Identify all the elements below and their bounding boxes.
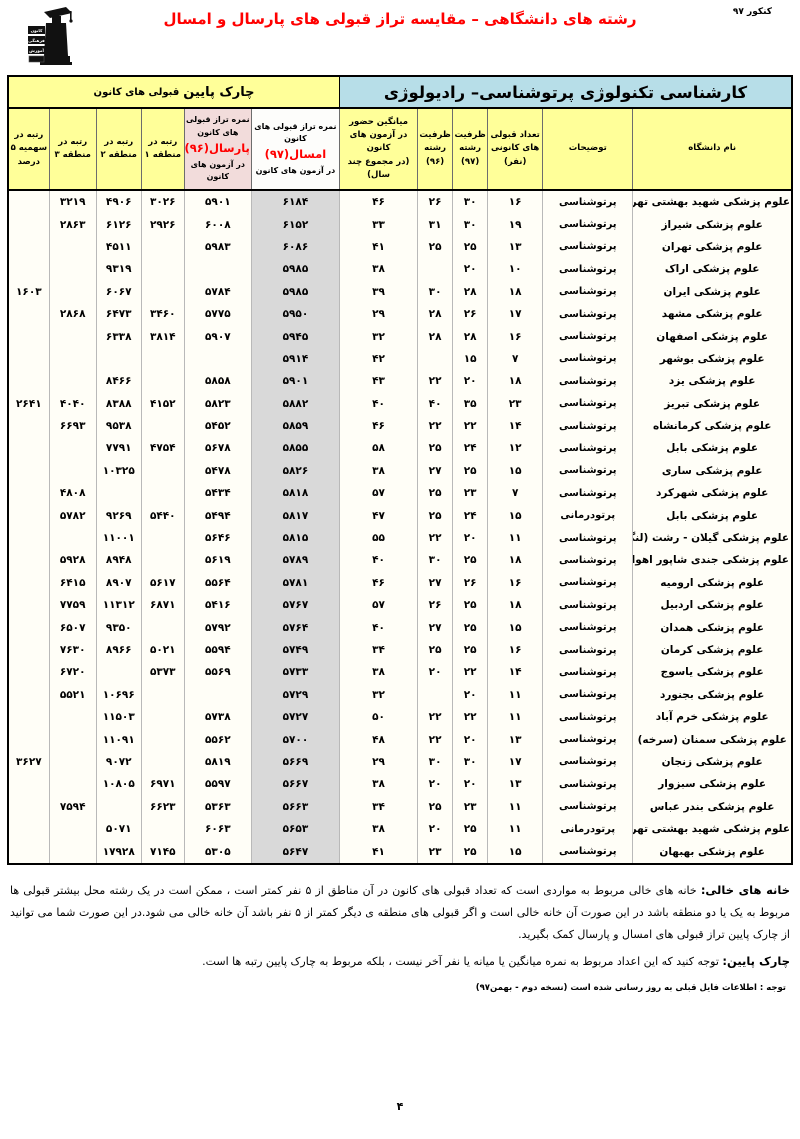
score-last-year-96: ۵۳۰۵ (184, 840, 251, 862)
note: پرتوشناسی (543, 258, 633, 280)
rank-quota-5percent (9, 549, 49, 571)
table-row: علوم پزشکی شهید بهشتی تهرانپرتوشناسی۱۶۳۰… (9, 190, 791, 213)
rank-quota-5percent (9, 706, 49, 728)
rank-region-3 (49, 258, 96, 280)
col-header-university-name: نام دانشگاه (633, 109, 791, 190)
rank-region-3: ۴۸۰۸ (49, 482, 96, 504)
note: پرتوشناسی (543, 572, 633, 594)
score-last-year-96: ۵۴۱۶ (184, 594, 251, 616)
score-this-year-97: ۵۷۶۴ (251, 616, 339, 638)
lower-quartile-title: چارک پایین قبولی های کانون (9, 77, 339, 107)
capacity-96: ۲۷ (418, 616, 453, 638)
rank-quota-5percent (9, 213, 49, 235)
page-header: کنکور ۹۷ رشته های دانشگاهی – مقایسه تراز… (0, 0, 800, 75)
capacity-97: ۲۲ (453, 706, 488, 728)
score-last-year-96: ۵۴۹۴ (184, 504, 251, 526)
capacity-96: ۲۰ (418, 661, 453, 683)
logo-word-farhangi: فرهنگی (28, 38, 45, 43)
rank-region-2: ۴۵۱۱ (96, 236, 141, 258)
kanoon-admits-count: ۱۵ (488, 616, 543, 638)
table-row: علوم پزشکی یاسوجپرتوشناسی۱۴۲۲۲۰۳۸۵۷۳۳۵۵۶… (9, 661, 791, 683)
avg-exam-attendance: ۳۸ (339, 258, 417, 280)
note: پرتوشناسی (543, 639, 633, 661)
table-row: علوم پزشکی شهرکردپرتوشناسی۷۲۳۲۵۵۷۵۸۱۸۵۴۳… (9, 482, 791, 504)
note: پرتوشناسی (543, 460, 633, 482)
score-last-year-96: ۵۹۰۱ (184, 190, 251, 213)
rank-region-2: ۱۰۳۲۵ (96, 460, 141, 482)
capacity-96 (418, 348, 453, 370)
table-row: علوم پزشکی شیرازپرتوشناسی۱۹۳۰۳۱۳۳۶۱۵۲۶۰۰… (9, 213, 791, 235)
score-last-year-96: ۵۵۹۴ (184, 639, 251, 661)
table-row: علوم پزشکی بهبهانپرتوشناسی۱۵۲۵۲۳۴۱۵۶۴۷۵۳… (9, 840, 791, 862)
lower-quartile-title-sub: قبولی های کانون (94, 87, 180, 98)
note: پرتوشناسی (543, 527, 633, 549)
note: پرتوشناسی (543, 303, 633, 325)
rank-region-2: ۶۳۳۸ (96, 325, 141, 347)
score-last-year-96: ۵۳۶۳ (184, 796, 251, 818)
capacity-96: ۳۱ (418, 213, 453, 235)
capacity-96: ۲۵ (418, 236, 453, 258)
capacity-97: ۲۳ (453, 796, 488, 818)
capacity-97: ۲۶ (453, 572, 488, 594)
university-name: علوم پزشکی مشهد (633, 303, 791, 325)
capacity-97: ۲۵ (453, 616, 488, 638)
rank-region-3: ۶۵۰۷ (49, 616, 96, 638)
score-this-year-97: ۵۹۸۵ (251, 258, 339, 280)
rank-quota-5percent (9, 348, 49, 370)
kanoon-admits-count: ۱۳ (488, 773, 543, 795)
table-row: علوم پزشکی اردبیلپرتوشناسی۱۸۲۵۲۶۵۷۵۷۶۷۵۴… (9, 594, 791, 616)
col-header-rank-quota-5: رتبه در سهمیه ۵ درصد (9, 109, 49, 190)
col-header-capacity-97: ظرفیت رشته (۹۷) (453, 109, 488, 190)
university-name: علوم پزشکی خرم آباد (633, 706, 791, 728)
score-last-year-96 (184, 684, 251, 706)
table-row: علوم پزشکی ایرانپرتوشناسی۱۸۲۸۳۰۳۹۵۹۸۵۵۷۸… (9, 281, 791, 303)
note: پرتوشناسی (543, 348, 633, 370)
rank-quota-5percent: ۳۶۲۷ (9, 751, 49, 773)
avg-exam-attendance: ۴۰ (339, 616, 417, 638)
capacity-97: ۳۰ (453, 190, 488, 213)
score-last-year-96: ۵۶۱۹ (184, 549, 251, 571)
score-this-year-97: ۵۹۱۴ (251, 348, 339, 370)
score-this-year-97: ۵۷۶۷ (251, 594, 339, 616)
rank-region-3: ۶۶۹۳ (49, 415, 96, 437)
kanoon-admits-count: ۱۱ (488, 684, 543, 706)
kanoon-admits-count: ۱۳ (488, 728, 543, 750)
note: پرتوشناسی (543, 840, 633, 862)
rank-region-3 (49, 728, 96, 750)
logo-word-amoozesh: آموزش (29, 48, 44, 53)
rank-quota-5percent (9, 728, 49, 750)
score-this-year-97: ۶۰۸۶ (251, 236, 339, 258)
note: پرتوشناسی (543, 796, 633, 818)
note: پرتودرمانی (543, 504, 633, 526)
col-header-rank-region-1: رتبه در منطقه ۱ (141, 109, 184, 190)
rank-region-1: ۵۴۴۰ (141, 504, 184, 526)
avg-exam-attendance: ۴۰ (339, 393, 417, 415)
kanoon-admits-count: ۱۵ (488, 460, 543, 482)
score-last-year-96: ۵۵۹۷ (184, 773, 251, 795)
rank-quota-5percent: ۲۶۴۱ (9, 393, 49, 415)
table-row: علوم پزشکی یزدپرتوشناسی۱۸۲۰۲۲۴۳۵۹۰۱۵۸۵۸۸… (9, 370, 791, 392)
rank-region-1: ۵۶۱۷ (141, 572, 184, 594)
rank-region-1 (141, 751, 184, 773)
rank-region-3 (49, 370, 96, 392)
avg-exam-attendance: ۴۱ (339, 236, 417, 258)
score-this-year-97: ۵۸۱۵ (251, 527, 339, 549)
capacity-96: ۲۵ (418, 639, 453, 661)
note: پرتوشناسی (543, 684, 633, 706)
rank-region-3 (49, 236, 96, 258)
score-this-year-97: ۵۷۲۷ (251, 706, 339, 728)
score-this-year-97: ۵۹۵۰ (251, 303, 339, 325)
capacity-96: ۲۶ (418, 190, 453, 213)
rank-region-3: ۲۸۶۳ (49, 213, 96, 235)
table-row: علوم پزشکی تهرانپرتوشناسی۱۳۲۵۲۵۴۱۶۰۸۶۵۹۸… (9, 236, 791, 258)
col-header-capacity-96: ظرفیت رشته (۹۶) (418, 109, 453, 190)
capacity-97: ۳۰ (453, 751, 488, 773)
rank-quota-5percent (9, 190, 49, 213)
table-row: علوم پزشکی ارومیهپرتوشناسی۱۶۲۶۲۷۴۶۵۷۸۱۵۵… (9, 572, 791, 594)
table-row: علوم پزشکی گیلان - رشت (لنگرود)پرتوشناسی… (9, 527, 791, 549)
results-table-header: نام دانشگاه توضیحات تعداد قبولی های کانو… (9, 109, 791, 190)
kanoon-admits-count: ۱۶ (488, 190, 543, 213)
capacity-96: ۲۷ (418, 460, 453, 482)
score-this-year-97: ۵۷۰۰ (251, 728, 339, 750)
university-name: علوم پزشکی کرمان (633, 639, 791, 661)
rank-region-2: ۸۹۰۷ (96, 572, 141, 594)
rank-region-1: ۵۰۲۱ (141, 639, 184, 661)
avg-exam-attendance: ۳۸ (339, 773, 417, 795)
rank-region-2: ۷۷۹۱ (96, 437, 141, 459)
rank-region-2: ۹۳۱۹ (96, 258, 141, 280)
rank-quota-5percent (9, 258, 49, 280)
note: پرتوشناسی (543, 728, 633, 750)
capacity-97: ۲۵ (453, 594, 488, 616)
capacity-97: ۲۰ (453, 773, 488, 795)
col-header-score-last-year: نمره تراز قبولی های کانون پارسال(۹۶) در … (184, 109, 251, 190)
score-this-year-97: ۶۱۵۲ (251, 213, 339, 235)
university-name: علوم پزشکی شهید بهشتی تهران (633, 818, 791, 840)
rank-region-1: ۴۱۵۲ (141, 393, 184, 415)
capacity-96: ۲۲ (418, 527, 453, 549)
kanoon-admits-count: ۱۱ (488, 527, 543, 549)
rank-region-2 (96, 661, 141, 683)
table-row: علوم پزشکی سمنان (سرخه)پرتوشناسی۱۳۲۰۲۲۴۸… (9, 728, 791, 750)
avg-exam-attendance: ۵۸ (339, 437, 417, 459)
major-title: کارشناسی تکنولوژی پرتوشناسی– رادیولوژی (339, 77, 791, 107)
rank-region-3: ۳۲۱۹ (49, 190, 96, 213)
rank-region-2: ۱۰۶۹۶ (96, 684, 141, 706)
score-last-year-96 (184, 348, 251, 370)
avg-exam-attendance: ۴۱ (339, 840, 417, 862)
rank-region-3 (49, 773, 96, 795)
rank-region-1 (141, 370, 184, 392)
capacity-96 (418, 684, 453, 706)
score-this-year-97: ۵۷۸۹ (251, 549, 339, 571)
rank-quota-5percent (9, 796, 49, 818)
kanoon-admits-count: ۱۵ (488, 840, 543, 862)
footnote-lower-quartile: چارک پایین: توجه کنید که این اعداد مربوط… (10, 950, 790, 973)
capacity-97: ۲۰ (453, 684, 488, 706)
university-name: علوم پزشکی سمنان (سرخه) (633, 728, 791, 750)
rank-region-2: ۱۷۹۲۸ (96, 840, 141, 862)
rank-region-3 (49, 460, 96, 482)
table-row: علوم پزشکی بابلپرتوشناسی۱۲۲۴۲۵۵۸۵۸۵۵۵۶۷۸… (9, 437, 791, 459)
capacity-96: ۲۲ (418, 706, 453, 728)
table-row: علوم پزشکی بابلپرتودرمانی۱۵۲۴۲۵۴۷۵۸۱۷۵۴۹… (9, 504, 791, 526)
score-this-year-97: ۶۱۸۴ (251, 190, 339, 213)
score-last-year-96: ۵۴۵۲ (184, 415, 251, 437)
rank-region-1: ۴۷۵۴ (141, 437, 184, 459)
rank-region-1: ۶۹۷۱ (141, 773, 184, 795)
avg-exam-attendance: ۴۰ (339, 549, 417, 571)
table-row: علوم پزشکی اصفهانپرتوشناسی۱۶۲۸۲۸۳۲۵۹۴۵۵۹… (9, 325, 791, 347)
rank-region-1 (141, 415, 184, 437)
rank-quota-5percent (9, 527, 49, 549)
capacity-97: ۲۸ (453, 325, 488, 347)
capacity-96: ۲۷ (418, 572, 453, 594)
capacity-97: ۲۴ (453, 437, 488, 459)
rank-quota-5percent (9, 840, 49, 862)
rank-quota-5percent (9, 303, 49, 325)
score-this-year-97: ۵۸۱۸ (251, 482, 339, 504)
note: پرتوشناسی (543, 751, 633, 773)
score-last-year-96: ۵۸۱۹ (184, 751, 251, 773)
col-header-avg-attendance: میانگین حضور در آزمون های کانون (در مجمو… (339, 109, 417, 190)
rank-region-3 (49, 281, 96, 303)
rank-region-3: ۶۷۲۰ (49, 661, 96, 683)
kanoon-admits-count: ۱۱ (488, 818, 543, 840)
university-name: علوم پزشکی گیلان - رشت (لنگرود) (633, 527, 791, 549)
capacity-97: ۲۵ (453, 236, 488, 258)
rank-region-1 (141, 728, 184, 750)
kanoon-admits-count: ۱۸ (488, 549, 543, 571)
score-this-year-97: ۵۹۴۵ (251, 325, 339, 347)
avg-exam-attendance: ۲۹ (339, 751, 417, 773)
note: پرتوشناسی (543, 190, 633, 213)
rank-region-3: ۷۶۳۰ (49, 639, 96, 661)
rank-region-1 (141, 706, 184, 728)
avg-exam-attendance: ۴۲ (339, 348, 417, 370)
rank-region-1: ۳۴۶۰ (141, 303, 184, 325)
capacity-97: ۲۲ (453, 415, 488, 437)
note: پرتوشناسی (543, 236, 633, 258)
score-last-year-96: ۵۶۷۸ (184, 437, 251, 459)
score-last-year-96: ۶۰۰۸ (184, 213, 251, 235)
capacity-97: ۲۸ (453, 281, 488, 303)
rank-region-2 (96, 796, 141, 818)
rank-region-3 (49, 818, 96, 840)
avg-exam-attendance: ۵۷ (339, 482, 417, 504)
rank-region-2: ۹۵۳۸ (96, 415, 141, 437)
rank-region-1 (141, 460, 184, 482)
capacity-97: ۲۴ (453, 504, 488, 526)
capacity-96: ۲۵ (418, 796, 453, 818)
university-name: علوم پزشکی اصفهان (633, 325, 791, 347)
rank-region-3 (49, 527, 96, 549)
rank-region-2: ۱۰۸۰۵ (96, 773, 141, 795)
col-header-note: توضیحات (543, 109, 633, 190)
kanoon-admits-count: ۱۱ (488, 706, 543, 728)
capacity-96: ۲۵ (418, 504, 453, 526)
table-row: علوم پزشکی اراکپرتوشناسی۱۰۲۰۳۸۵۹۸۵۹۳۱۹ (9, 258, 791, 280)
kanoon-admits-count: ۱۷ (488, 751, 543, 773)
rank-region-1: ۲۹۲۶ (141, 213, 184, 235)
table-row: علوم پزشکی کرمانشاهپرتوشناسی۱۴۲۲۲۲۴۶۵۸۵۹… (9, 415, 791, 437)
rank-region-1 (141, 236, 184, 258)
capacity-96: ۲۲ (418, 370, 453, 392)
university-name: علوم پزشکی بجنورد (633, 684, 791, 706)
rank-region-3: ۴۰۴۰ (49, 393, 96, 415)
kanoon-admits-count: ۱۹ (488, 213, 543, 235)
rank-region-1: ۵۳۷۳ (141, 661, 184, 683)
capacity-97: ۲۵ (453, 460, 488, 482)
rank-region-3: ۲۸۶۸ (49, 303, 96, 325)
university-name: علوم پزشکی شهرکرد (633, 482, 791, 504)
rank-region-1: ۶۸۷۱ (141, 594, 184, 616)
avg-exam-attendance: ۳۴ (339, 796, 417, 818)
capacity-96: ۴۰ (418, 393, 453, 415)
score-last-year-96: ۵۹۸۳ (184, 236, 251, 258)
rank-region-2: ۸۹۶۶ (96, 639, 141, 661)
rank-region-1 (141, 482, 184, 504)
kanoon-admits-count: ۱۶ (488, 639, 543, 661)
col-header-kanoon-admits: تعداد قبولی های کانونی (نفر) (488, 109, 543, 190)
capacity-96: ۲۵ (418, 482, 453, 504)
rank-region-1 (141, 616, 184, 638)
rank-region-2: ۱۱۵۰۳ (96, 706, 141, 728)
rank-region-2: ۱۱۳۱۲ (96, 594, 141, 616)
score-this-year-97: ۵۶۵۳ (251, 818, 339, 840)
avg-exam-attendance: ۴۶ (339, 190, 417, 213)
rank-region-1 (141, 258, 184, 280)
rank-quota-5percent (9, 370, 49, 392)
this-year-97-label: امسال(۹۷) (253, 146, 338, 164)
kanoon-admits-count: ۱۱ (488, 796, 543, 818)
note: پرتودرمانی (543, 818, 633, 840)
score-this-year-97: ۵۸۵۵ (251, 437, 339, 459)
score-last-year-96: ۶۰۶۳ (184, 818, 251, 840)
university-name: علوم پزشکی اراک (633, 258, 791, 280)
capacity-97: ۲۵ (453, 549, 488, 571)
kanoon-admits-count: ۱۳ (488, 236, 543, 258)
university-name: علوم پزشکی بابل (633, 437, 791, 459)
rank-region-3 (49, 437, 96, 459)
kanoon-logo: کانون فرهنگی آموزش (26, 4, 82, 66)
capacity-97: ۲۰ (453, 728, 488, 750)
university-name: علوم پزشکی بندر عباس (633, 796, 791, 818)
rank-region-2: ۴۹۰۶ (96, 190, 141, 213)
section-title-band: کارشناسی تکنولوژی پرتوشناسی– رادیولوژی چ… (9, 77, 791, 109)
avg-exam-attendance: ۴۶ (339, 415, 417, 437)
capacity-97: ۲۵ (453, 840, 488, 862)
kanoon-admits-count: ۱۶ (488, 572, 543, 594)
table-row: علوم پزشکی بجنوردپرتوشناسی۱۱۲۰۳۲۵۷۲۹۱۰۶۹… (9, 684, 791, 706)
table-row: علوم پزشکی بوشهرپرتوشناسی۷۱۵۴۲۵۹۱۴ (9, 348, 791, 370)
capacity-97: ۲۰ (453, 527, 488, 549)
rank-quota-5percent (9, 325, 49, 347)
capacity-96: ۲۶ (418, 594, 453, 616)
note: پرتوشناسی (543, 706, 633, 728)
score-this-year-97: ۵۶۶۹ (251, 751, 339, 773)
university-name: علوم پزشکی کرمانشاه (633, 415, 791, 437)
score-last-year-96 (184, 258, 251, 280)
table-row: علوم پزشکی همدانپرتوشناسی۱۵۲۵۲۷۴۰۵۷۶۴۵۷۹… (9, 616, 791, 638)
rank-quota-5percent (9, 437, 49, 459)
table-row: علوم پزشکی خرم آبادپرتوشناسی۱۱۲۲۲۲۵۰۵۷۲۷… (9, 706, 791, 728)
avg-exam-attendance: ۳۸ (339, 661, 417, 683)
table-row: علوم پزشکی سبزوارپرتوشناسی۱۳۲۰۲۰۳۸۵۶۶۷۵۵… (9, 773, 791, 795)
kanoon-admits-count: ۱۸ (488, 370, 543, 392)
capacity-97: ۱۵ (453, 348, 488, 370)
rank-region-1: ۳۸۱۴ (141, 325, 184, 347)
capacity-96 (418, 258, 453, 280)
score-this-year-97: ۵۹۰۱ (251, 370, 339, 392)
rank-region-3 (49, 706, 96, 728)
table-row: علوم پزشکی بندر عباسپرتوشناسی۱۱۲۳۲۵۳۴۵۶۶… (9, 796, 791, 818)
rank-quota-5percent (9, 236, 49, 258)
table-row: علوم پزشکی مشهدپرتوشناسی۱۷۲۶۲۸۲۹۵۹۵۰۵۷۷۵… (9, 303, 791, 325)
graduate-figure-icon: کانون فرهنگی آموزش (26, 4, 82, 66)
score-last-year-96: ۵۵۶۴ (184, 572, 251, 594)
avg-exam-attendance: ۲۹ (339, 303, 417, 325)
rank-quota-5percent (9, 639, 49, 661)
score-this-year-97: ۵۷۳۳ (251, 661, 339, 683)
rank-region-2: ۱۱۰۰۱ (96, 527, 141, 549)
rank-region-2 (96, 482, 141, 504)
footnotes: خانه های خالی: خانه های خالی مربوط به مو… (10, 879, 790, 973)
avg-exam-attendance: ۳۳ (339, 213, 417, 235)
score-this-year-97: ۵۹۸۵ (251, 281, 339, 303)
score-last-year-96: ۵۶۴۶ (184, 527, 251, 549)
note: پرتوشناسی (543, 482, 633, 504)
kanoon-admits-count: ۱۸ (488, 594, 543, 616)
rank-quota-5percent (9, 773, 49, 795)
avg-exam-attendance: ۵۷ (339, 594, 417, 616)
table-row: علوم پزشکی تبریزپرتوشناسی۲۳۳۵۴۰۴۰۵۸۸۲۵۸۲… (9, 393, 791, 415)
rank-region-2: ۹۳۵۰ (96, 616, 141, 638)
score-this-year-97: ۵۶۶۳ (251, 796, 339, 818)
kanoon-admits-count: ۱۶ (488, 325, 543, 347)
university-name: علوم پزشکی تبریز (633, 393, 791, 415)
results-table-wrap: کارشناسی تکنولوژی پرتوشناسی– رادیولوژی چ… (7, 75, 793, 865)
capacity-97: ۲۰ (453, 258, 488, 280)
lower-quartile-title-main: چارک پایین (183, 85, 254, 100)
avg-exam-attendance: ۵۵ (339, 527, 417, 549)
score-last-year-96: ۵۹۰۷ (184, 325, 251, 347)
rank-quota-5percent (9, 818, 49, 840)
note: پرتوشناسی (543, 213, 633, 235)
rank-region-3: ۵۹۲۸ (49, 549, 96, 571)
score-last-year-96: ۵۸۵۸ (184, 370, 251, 392)
capacity-97: ۲۲ (453, 661, 488, 683)
rank-region-1: ۶۶۲۳ (141, 796, 184, 818)
capacity-96: ۲۸ (418, 303, 453, 325)
kanoon-admits-count: ۱۸ (488, 281, 543, 303)
capacity-97: ۳۵ (453, 393, 488, 415)
capacity-97: ۳۰ (453, 213, 488, 235)
footnote-lower-quartile-lead: چارک پایین: (722, 954, 790, 968)
capacity-97: ۲۶ (453, 303, 488, 325)
university-name: علوم پزشکی همدان (633, 616, 791, 638)
kanoon-admits-count: ۱۴ (488, 415, 543, 437)
col-header-rank-region-2: رتبه در منطقه ۲ (96, 109, 141, 190)
note: پرتوشناسی (543, 370, 633, 392)
rank-quota-5percent (9, 504, 49, 526)
rank-region-3: ۶۴۱۵ (49, 572, 96, 594)
results-body: علوم پزشکی شهید بهشتی تهرانپرتوشناسی۱۶۳۰… (9, 190, 791, 863)
